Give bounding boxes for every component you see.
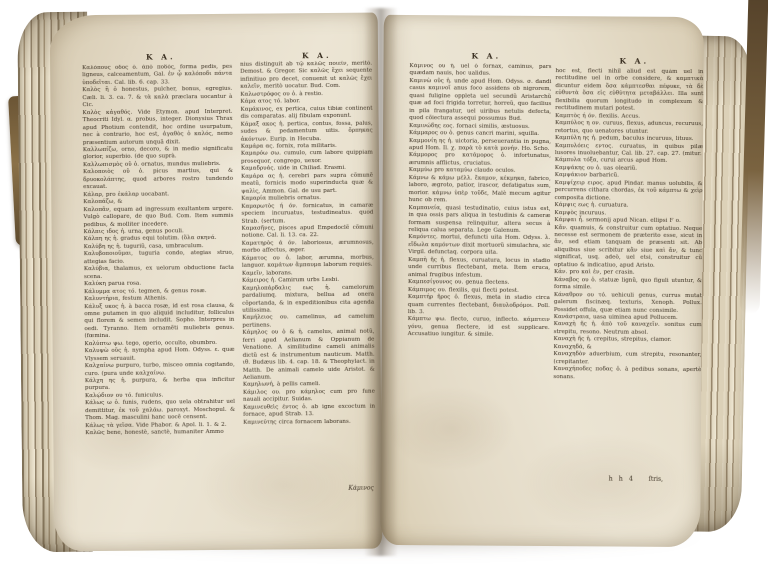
left-page-column-1: Καλόπους οδος ὁ. ἀπὸ ποδὸς, forma pedis,… xyxy=(82,64,236,511)
binding-edge xyxy=(740,0,768,314)
running-head-left-col1: Κ Α. xyxy=(146,52,176,61)
running-head-right-col2: Κ Α. xyxy=(620,57,650,66)
running-head-left-col2: Κ Α. xyxy=(302,51,332,60)
left-page-column-2: nius distinguit ab τῷ καλῶς ποιεῖν, meri… xyxy=(240,61,376,490)
gutter-shadow xyxy=(364,8,398,556)
book-photograph: Κ Α. Κ Α. Καλόπους οδος ὁ. ἀπὸ ποδὸς, fo… xyxy=(0,0,768,576)
signature-mark: h h 4 xyxy=(609,474,635,482)
right-page-column-1: Κάμινος ου ἡ. uel ὁ fornax, caminus, par… xyxy=(407,63,552,482)
right-page-column-2: hoc est, flecti nihil aliud est quàm uel… xyxy=(553,68,704,473)
right-page: Κ Α. Κ Α. Κάμινος ου ἡ. uel ὁ fornax, ca… xyxy=(380,15,704,547)
running-head-right-col1: Κ Α. xyxy=(472,52,502,61)
left-page-catchword: Κάμινος xyxy=(290,485,374,493)
right-page-catchword: ſtris, xyxy=(649,476,663,483)
left-page: Κ Α. Κ Α. Καλόπους οδος ὁ. ἀπὸ ποδὸς, fo… xyxy=(50,13,383,552)
